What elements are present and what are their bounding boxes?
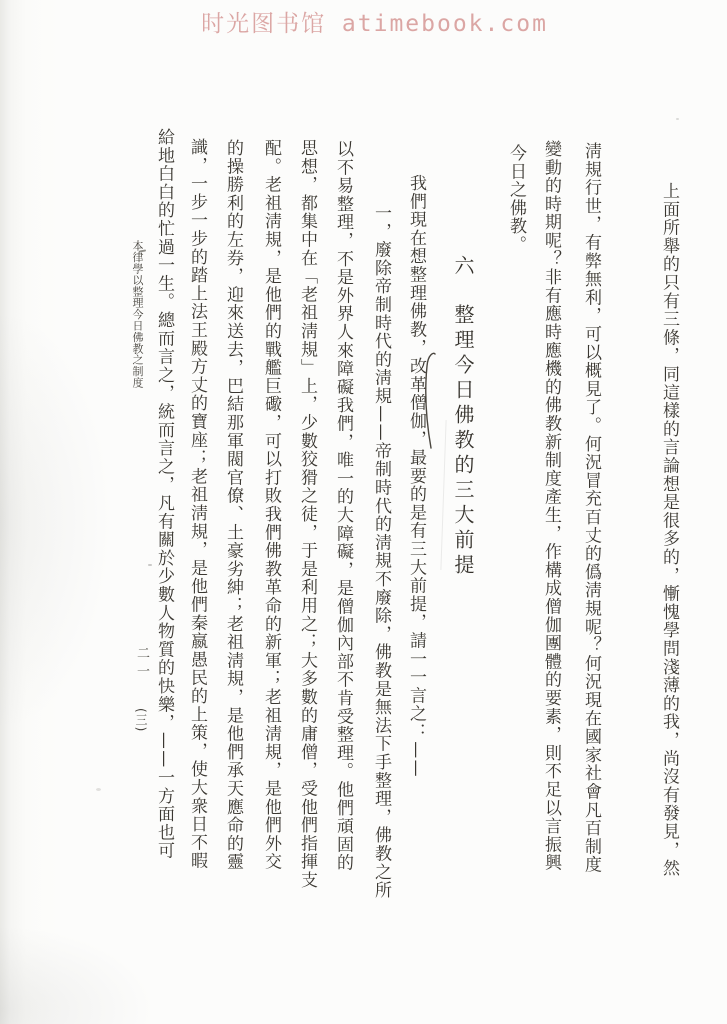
text-column: 識，一步一步的踏上法王殿方丈的寶座；老祖淸規，是他們秦嬴愚民的上策，使大衆日不暇 bbox=[186, 138, 207, 870]
section-number: 六 bbox=[451, 255, 475, 280]
running-title: 本律學以整理今日佛教之制度 bbox=[130, 240, 144, 388]
text-column: 思想，都集中在「老祖淸規」上，少數狡猾之徒，于是利用之；大多數的庸僧，受他們指揮… bbox=[296, 139, 317, 889]
text-column: 淸規行世，有弊無利，可以概見了。何況冒充百丈的僞淸規呢？何況現在國家社會凡百制度 bbox=[580, 142, 601, 874]
text-column: 今日之佛教。 bbox=[505, 144, 526, 254]
library-watermark: 时光图书馆 atimebook.com bbox=[0, 5, 727, 38]
emphasis-curve-mark bbox=[423, 352, 437, 452]
ink-speck bbox=[148, 564, 152, 566]
volume-number: (三) bbox=[133, 708, 148, 732]
ink-speck bbox=[96, 788, 101, 791]
text-column: 我們現在想整理佛教，改革僧伽，最要的是有三大前提，請一一言之：—— bbox=[405, 174, 426, 778]
text-column: 的操勝利的左券，迎來送去，巴結那軍閥官僚、土豪劣紳；老祖淸規，是他們承天應命的靈 bbox=[222, 139, 243, 871]
section-title: 整理今日佛教的三大前提 bbox=[451, 304, 475, 579]
ink-speck bbox=[676, 118, 679, 120]
page-number: 二一 bbox=[133, 646, 149, 682]
text-column: 一，廢除帝制時代的淸規——帝制時代的淸規不廢除，佛教是無法下手整理，佛教之所 bbox=[370, 204, 391, 899]
text-column: 上面所舉的只有三條，同這樣的言論想是很多的，慚愧學問淺薄的我，尚沒有發見，然 bbox=[658, 182, 679, 877]
scanned-book-page: 时光图书馆 atimebook.com 上面所舉的只有三條，同這樣的言論想是很多… bbox=[0, 0, 727, 1024]
text-column: 變動的時期呢？非有應時應機的佛教新制度產生，作構成僧伽團體的要素，則不足以言振興 bbox=[540, 140, 561, 872]
text-column: 給地白白的忙過一生。總而言之，統而言之，凡有關於少數人物質的快樂，——一方面也可 bbox=[153, 128, 174, 860]
text-column: 配。老祖淸規，是他們的戰艦巨礮，可以打敗我們佛教革命的新軍；老祖淸規，是他們外交 bbox=[260, 139, 281, 871]
text-column: 以不易整理，不是外界人來障礙我們，唯一的大障礙，是僧伽內部不肯受整理。他們頑固的 bbox=[332, 140, 353, 872]
section-heading: 六整理今日佛教的三大前提 bbox=[450, 255, 476, 579]
scan-crease bbox=[440, 420, 446, 570]
